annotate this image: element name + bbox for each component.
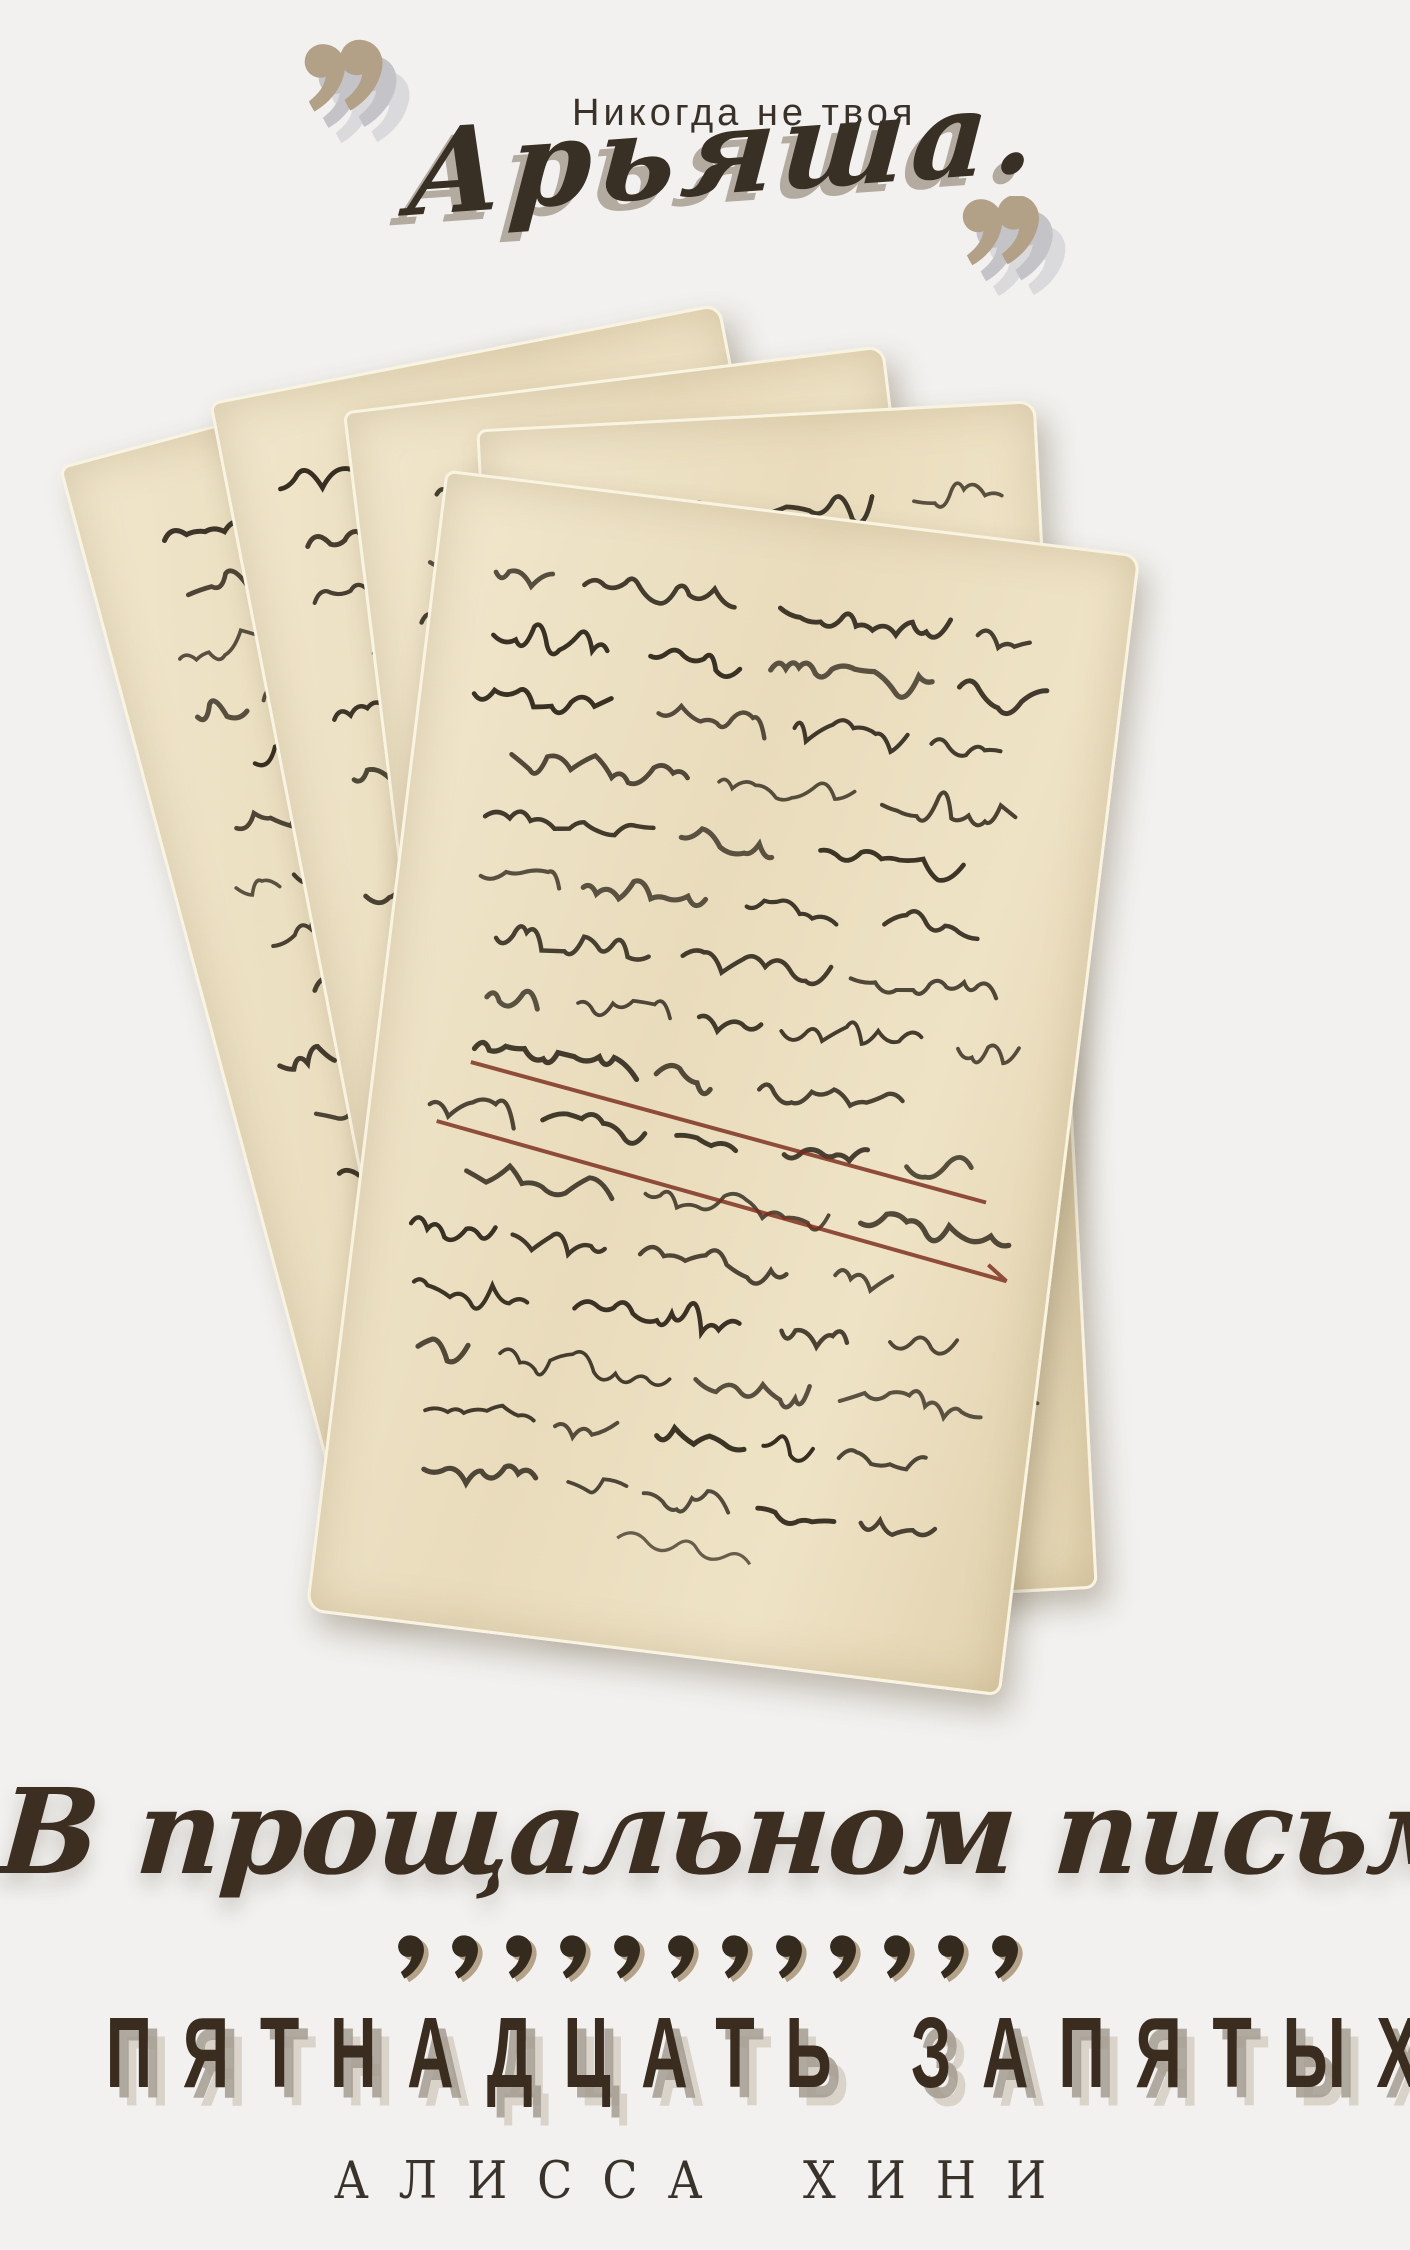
comma-icon bbox=[444, 1928, 480, 1986]
quote-marks-icon bbox=[946, 196, 1084, 306]
cover-title: В прощальном письме bbox=[0, 1762, 1410, 1901]
comma-icon bbox=[714, 1928, 750, 1986]
cover-subtitle: ПЯТНАДЦАТЬ ЗАПЯТЫХ bbox=[106, 1996, 1305, 2111]
comma-icon bbox=[606, 1928, 642, 1986]
comma-icon bbox=[660, 1928, 696, 1986]
comma-icon bbox=[984, 1928, 1020, 1986]
quote-marks-icon bbox=[292, 38, 424, 156]
book-cover: Никогда не твоя Арьяша. В прощальном пис… bbox=[0, 0, 1410, 2250]
comma-icon bbox=[390, 1928, 426, 1986]
comma-icon bbox=[552, 1928, 588, 1986]
letter-page-front bbox=[306, 470, 1141, 1697]
comma-row-icons bbox=[0, 1928, 1410, 1986]
comma-icon bbox=[822, 1928, 858, 1986]
comma-icon bbox=[498, 1928, 534, 1986]
comma-icon bbox=[876, 1928, 912, 1986]
author-name: АЛИССА ХИНИ bbox=[0, 2150, 1410, 2210]
comma-icon bbox=[768, 1928, 804, 1986]
signature-text: Арьяша. bbox=[403, 59, 1046, 243]
letters-stack bbox=[115, 330, 1235, 1730]
comma-icon bbox=[930, 1928, 966, 1986]
